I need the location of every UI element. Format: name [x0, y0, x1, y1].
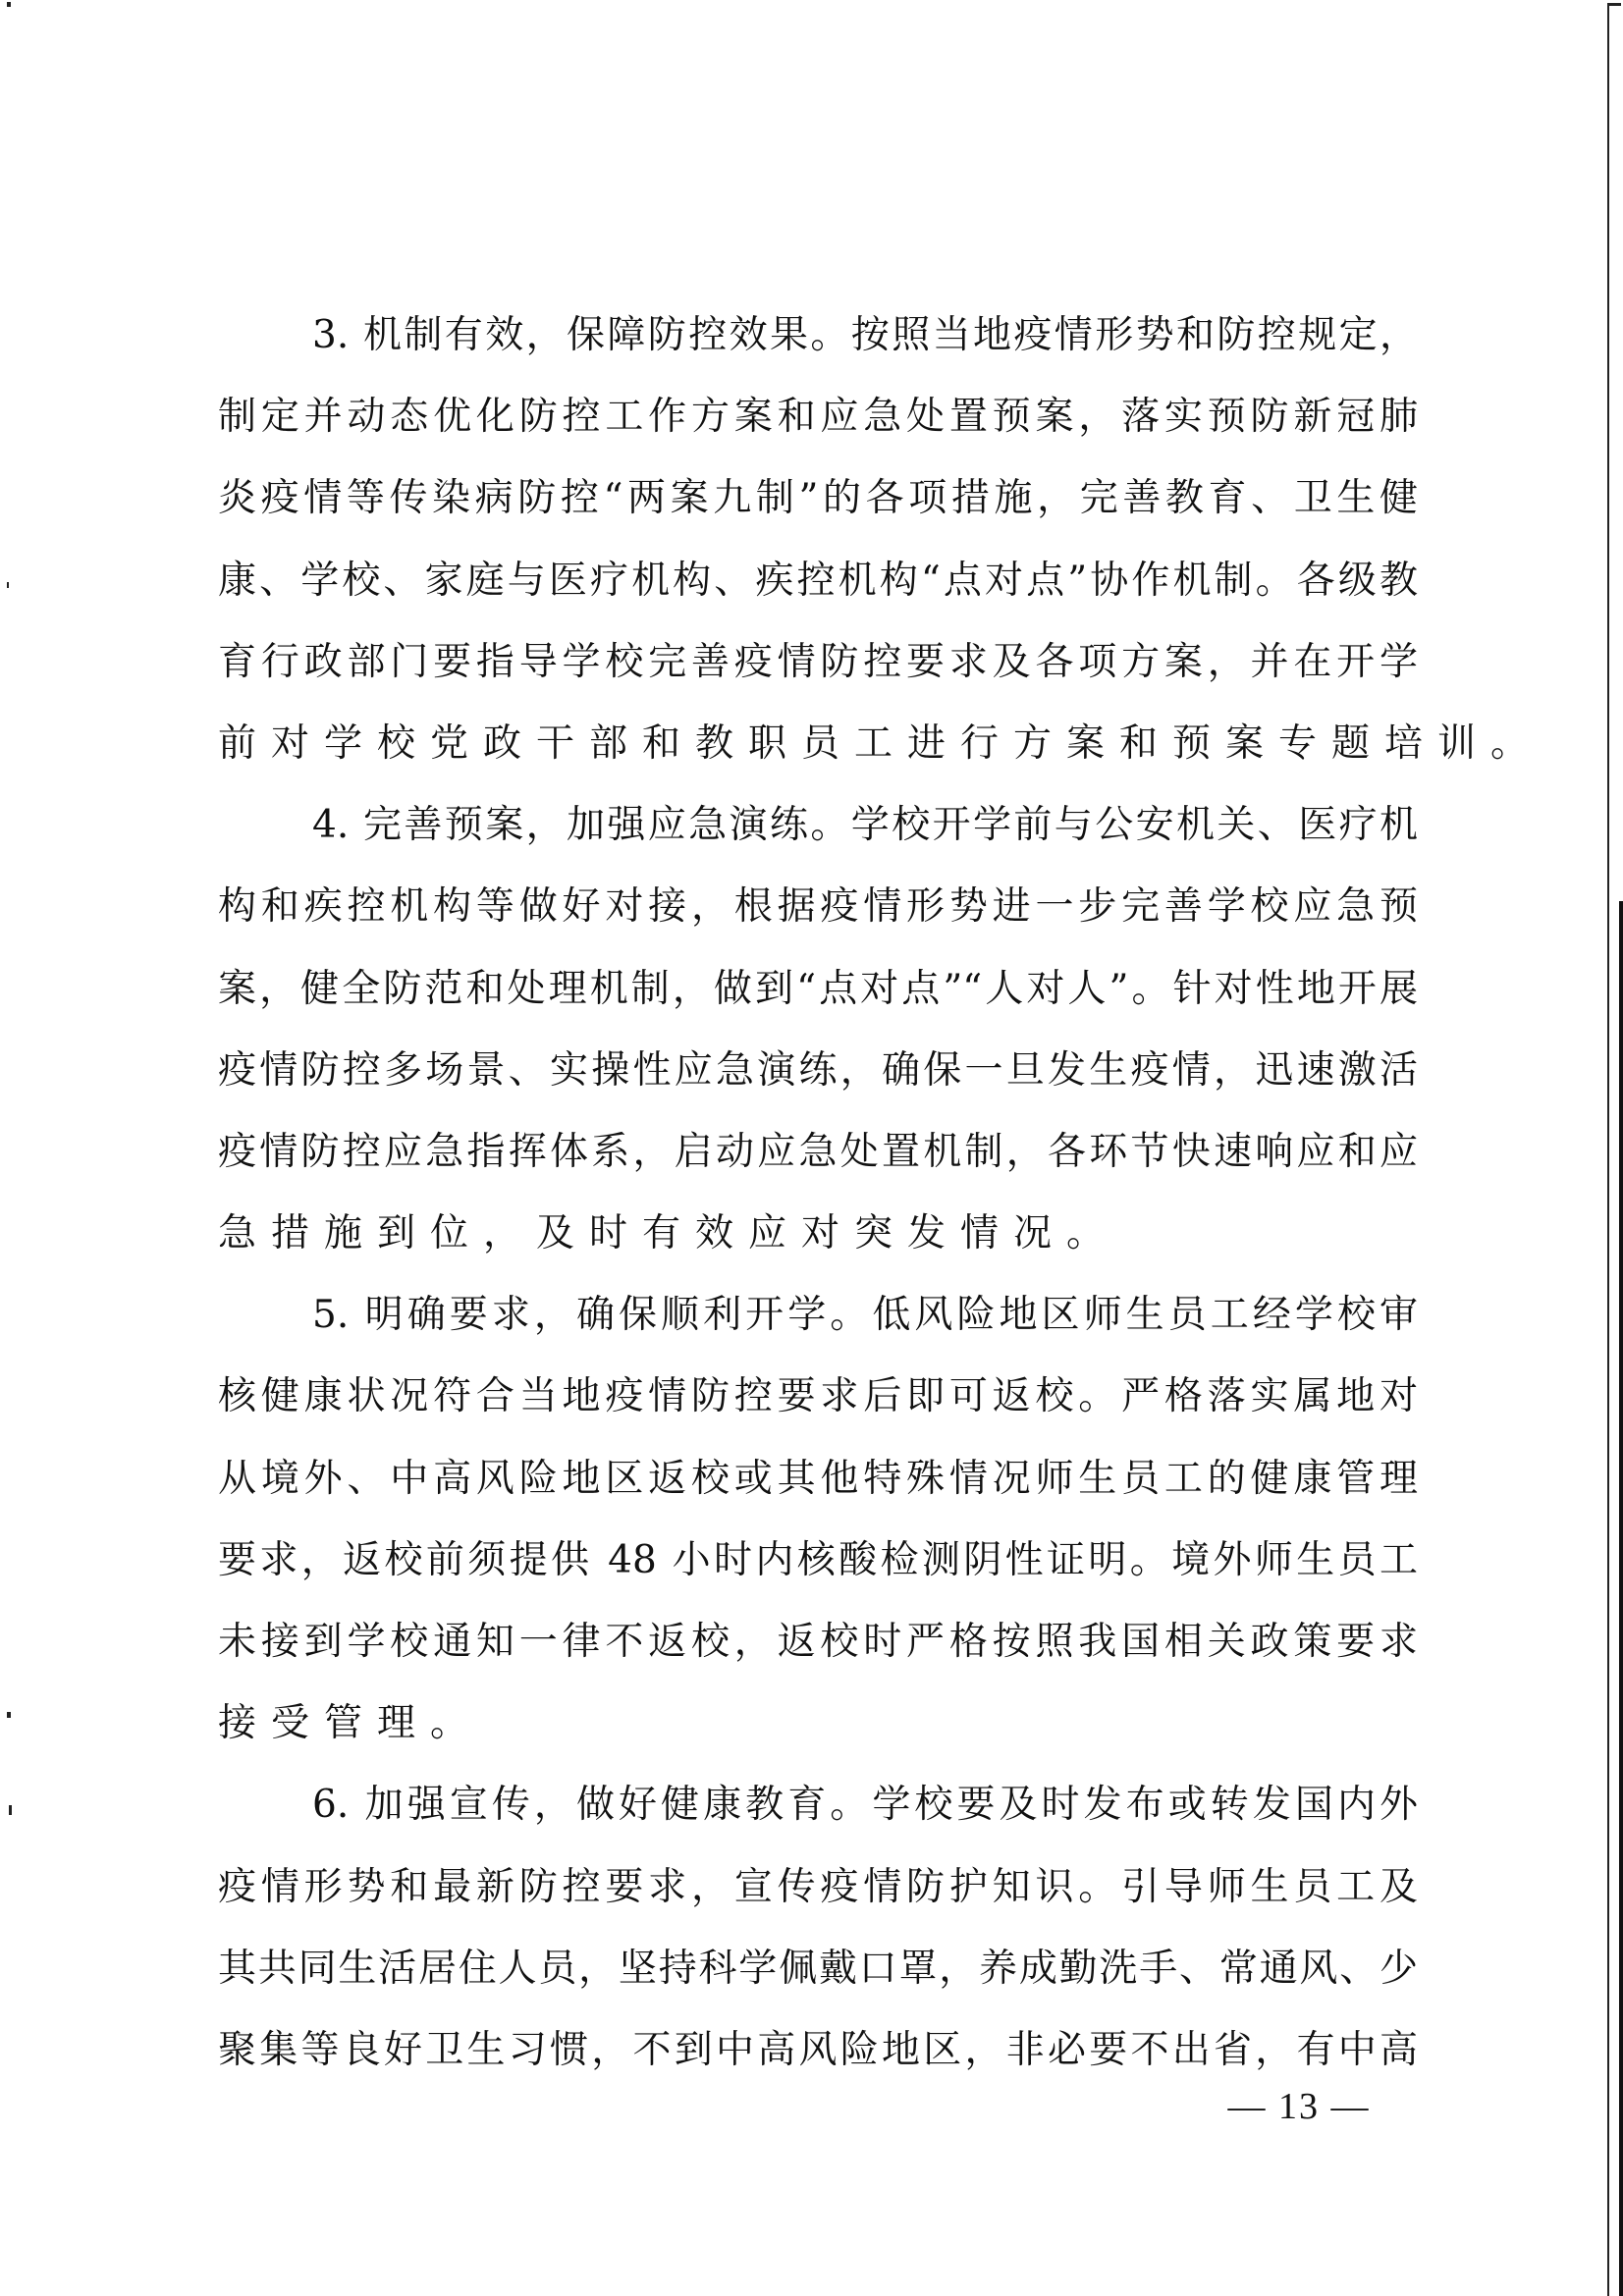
text-line: 疫情防控应急指挥体系，启动应急处置机制，各环节快速响应和应	[218, 1123, 1418, 1204]
body-text: 3. 机制有效，保障防控效果。按照当地疫情形势和防控规定， 制定并动态优化防控工…	[218, 306, 1418, 2103]
paragraph-4: 4. 完善预案，加强应急演练。学校开学前与公安机关、医疗机 构和疾控机构等做好对…	[218, 796, 1418, 1286]
page-number: — 13 —	[1206, 2085, 1392, 2128]
text-line: 制定并动态优化防控工作方案和应急处置预案，落实预防新冠肺	[218, 388, 1418, 469]
text-line: 前对学校党政干部和教职员工进行方案和预案专题培训。	[218, 715, 1418, 796]
paragraph-3: 3. 机制有效，保障防控效果。按照当地疫情形势和防控规定， 制定并动态优化防控工…	[218, 306, 1418, 796]
text-line: 6. 加强宣传，做好健康教育。学校要及时发布或转发国内外	[218, 1776, 1418, 1857]
page-right-border	[1607, 4, 1609, 2296]
text-line: 要求，返校前须提供 48 小时内核酸检测阴性证明。境外师生员工	[218, 1531, 1418, 1613]
text-line: 未接到学校通知一律不返校，返校时严格按照我国相关政策要求	[218, 1613, 1418, 1694]
text-line: 构和疾控机构等做好对接，根据疫情形势进一步完善学校应急预	[218, 878, 1418, 959]
text-line: 从境外、中高风险地区返校或其他特殊情况师生员工的健康管理	[218, 1450, 1418, 1531]
text-line: 育行政部门要指导学校完善疫情防控要求及各项方案，并在开学	[218, 633, 1418, 715]
text-line: 3. 机制有效，保障防控效果。按照当地疫情形势和防控规定，	[218, 306, 1418, 388]
scan-mark	[7, 1712, 11, 1718]
text-line: 核健康状况符合当地疫情防控要求后即可返校。严格落实属地对	[218, 1367, 1418, 1449]
text-line: 5. 明确要求，确保顺利开学。低风险地区师生员工经学校审	[218, 1286, 1418, 1367]
scan-mark	[7, 2, 11, 7]
scan-mark	[7, 582, 9, 588]
text-line: 疫情防控多场景、实操性应急演练，确保一旦发生疫情，迅速激活	[218, 1041, 1418, 1123]
text-line: 其共同生活居住人员，坚持科学佩戴口罩，养成勤洗手、常通风、少	[218, 1940, 1418, 2021]
page-edge-shadow	[1619, 901, 1623, 2296]
text-line: 疫情形势和最新防控要求，宣传疫情防护知识。引导师生员工及	[218, 1858, 1418, 1940]
text-line: 康、学校、家庭与医疗机构、疾控机构“点对点”协作机制。各级教	[218, 552, 1418, 633]
document-page: 3. 机制有效，保障防控效果。按照当地疫情形势和防控规定， 制定并动态优化防控工…	[0, 0, 1623, 2296]
paragraph-6: 6. 加强宣传，做好健康教育。学校要及时发布或转发国内外 疫情形势和最新防控要求…	[218, 1776, 1418, 2103]
paragraph-5: 5. 明确要求，确保顺利开学。低风险地区师生员工经学校审 核健康状况符合当地疫情…	[218, 1286, 1418, 1776]
text-line: 接受管理。	[218, 1694, 1418, 1776]
page-border-corner	[1607, 3, 1621, 6]
text-line: 4. 完善预案，加强应急演练。学校开学前与公安机关、医疗机	[218, 796, 1418, 878]
text-line: 案，健全防范和处理机制，做到“点对点”“人对人”。针对性地开展	[218, 960, 1418, 1041]
scan-mark	[9, 1805, 12, 1815]
text-line: 炎疫情等传染病防控“两案九制”的各项措施，完善教育、卫生健	[218, 469, 1418, 551]
text-line: 急措施到位，及时有效应对突发情况。	[218, 1204, 1418, 1286]
